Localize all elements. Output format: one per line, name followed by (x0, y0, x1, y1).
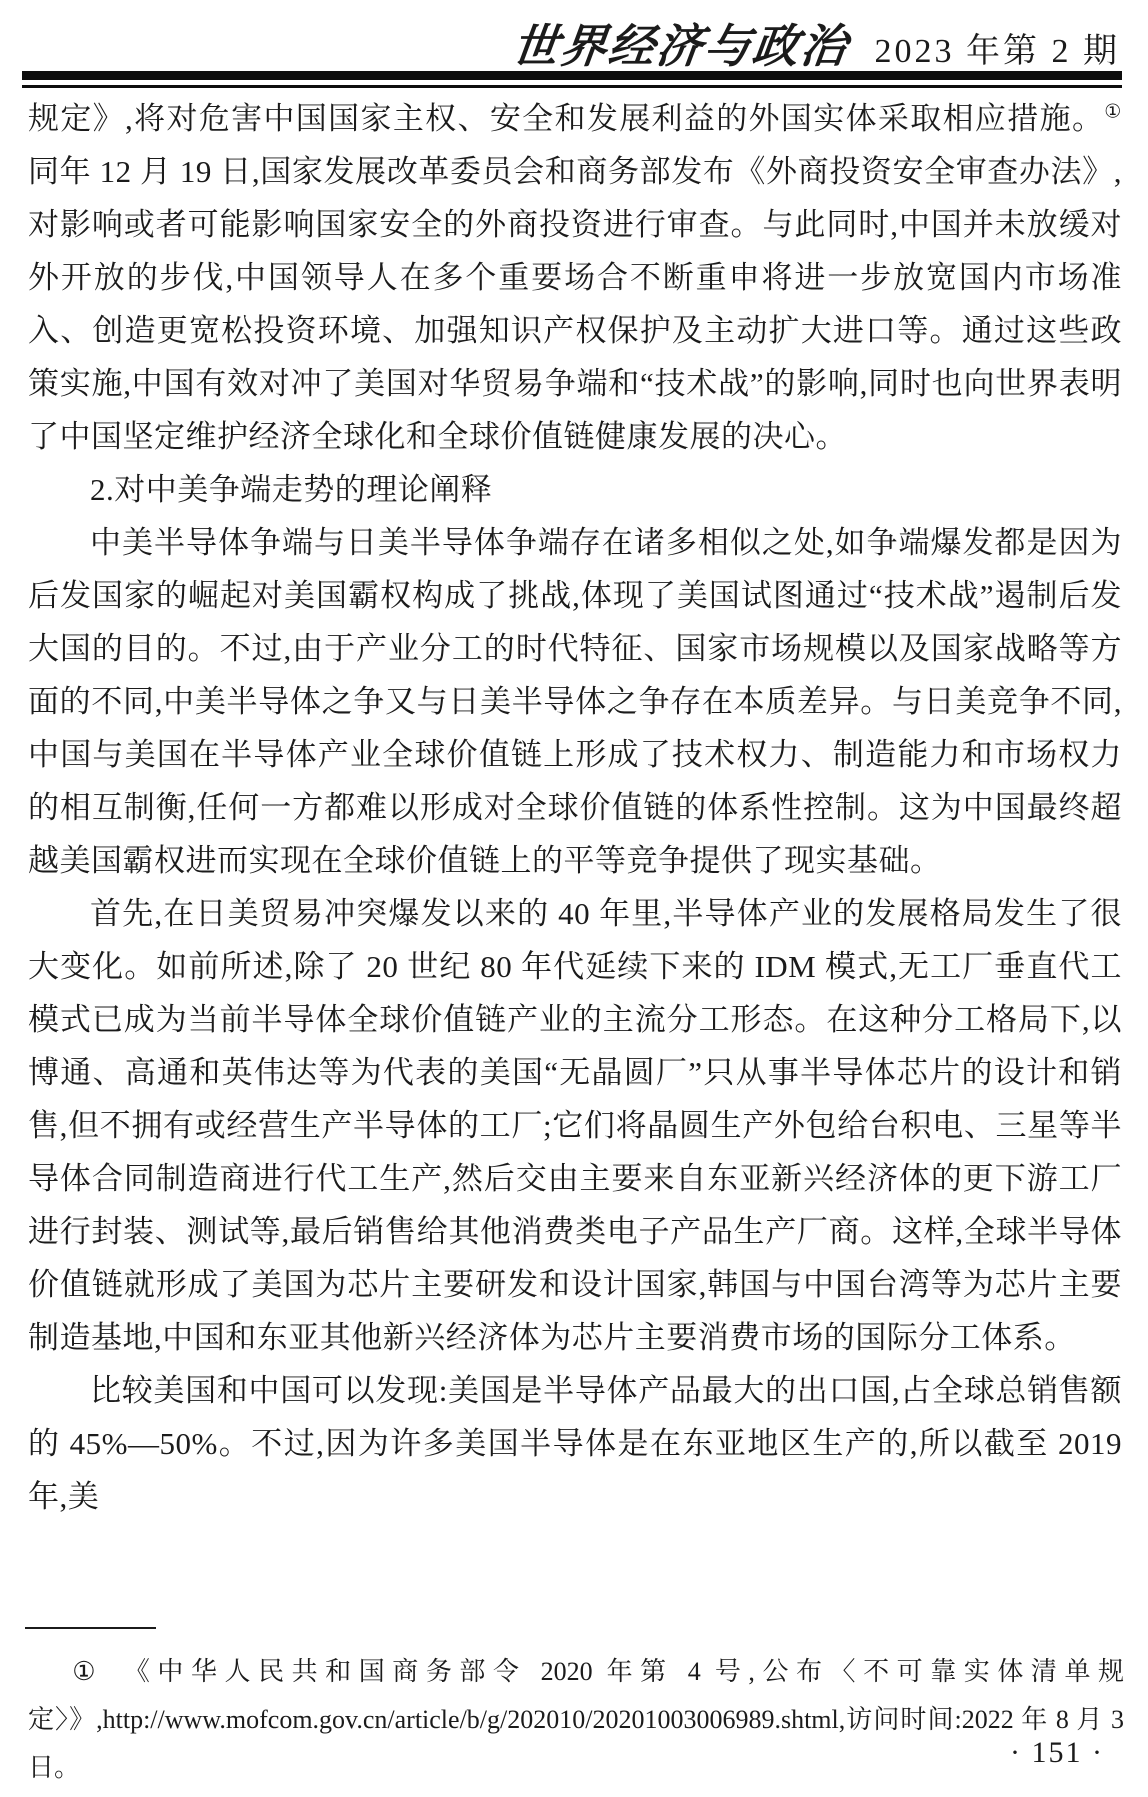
footnote-separator-rule (25, 1627, 156, 1629)
footnote-block: ①《中华人民共和国商务部令 2020 年第 4 号,公布〈不可靠实体清单规定〉》… (28, 1648, 1124, 1792)
header-rule-thin (22, 85, 1122, 88)
page-number: · 151 · (1010, 1736, 1104, 1770)
page-header: 世界经济与政治 2023 年第 2 期 (513, 10, 1121, 76)
paragraph-1-text-pre: 规定》,将对危害中国国家主权、安全和发展利益的外国实体采取相应措施。 (28, 101, 1104, 136)
paragraph-1-text-post: 同年 12 月 19 日,国家发展改革委员会和商务部发布《外商投资安全审查办法》… (28, 154, 1122, 454)
footnote-reference-mark: ① (1104, 102, 1122, 123)
header-rule-thick (22, 71, 1122, 80)
body-paragraph-4: 比较美国和中国可以发现:美国是半导体产品最大的出口国,占全球总销售额的 45%—… (28, 1364, 1122, 1523)
footnote-1: ①《中华人民共和国商务部令 2020 年第 4 号,公布〈不可靠实体清单规定〉》… (28, 1648, 1124, 1792)
section-subheading: 2.对中美争端走势的理论阐释 (28, 463, 1122, 516)
article-body: 规定》,将对危害中国国家主权、安全和发展利益的外国实体采取相应措施。① 同年 1… (28, 92, 1122, 1523)
body-paragraph-1: 规定》,将对危害中国国家主权、安全和发展利益的外国实体采取相应措施。① 同年 1… (28, 92, 1122, 463)
body-paragraph-3: 首先,在日美贸易冲突爆发以来的 40 年里,半导体产业的发展格局发生了很大变化。… (28, 887, 1122, 1364)
journal-issue-label: 2023 年第 2 期 (875, 23, 1121, 72)
footnote-1-text: 《中华人民共和国商务部令 2020 年第 4 号,公布〈不可靠实体清单规定〉》,… (28, 1657, 1124, 1782)
body-paragraph-2: 中美半导体争端与日美半导体争端存在诸多相似之处,如争端爆发都是因为后发国家的崛起… (28, 516, 1122, 887)
journal-logo-calligraphy: 世界经济与政治 (508, 10, 852, 76)
journal-page: { "page": { "background_color": "#ffffff… (0, 0, 1148, 1797)
footnote-1-marker: ① (72, 1657, 103, 1686)
